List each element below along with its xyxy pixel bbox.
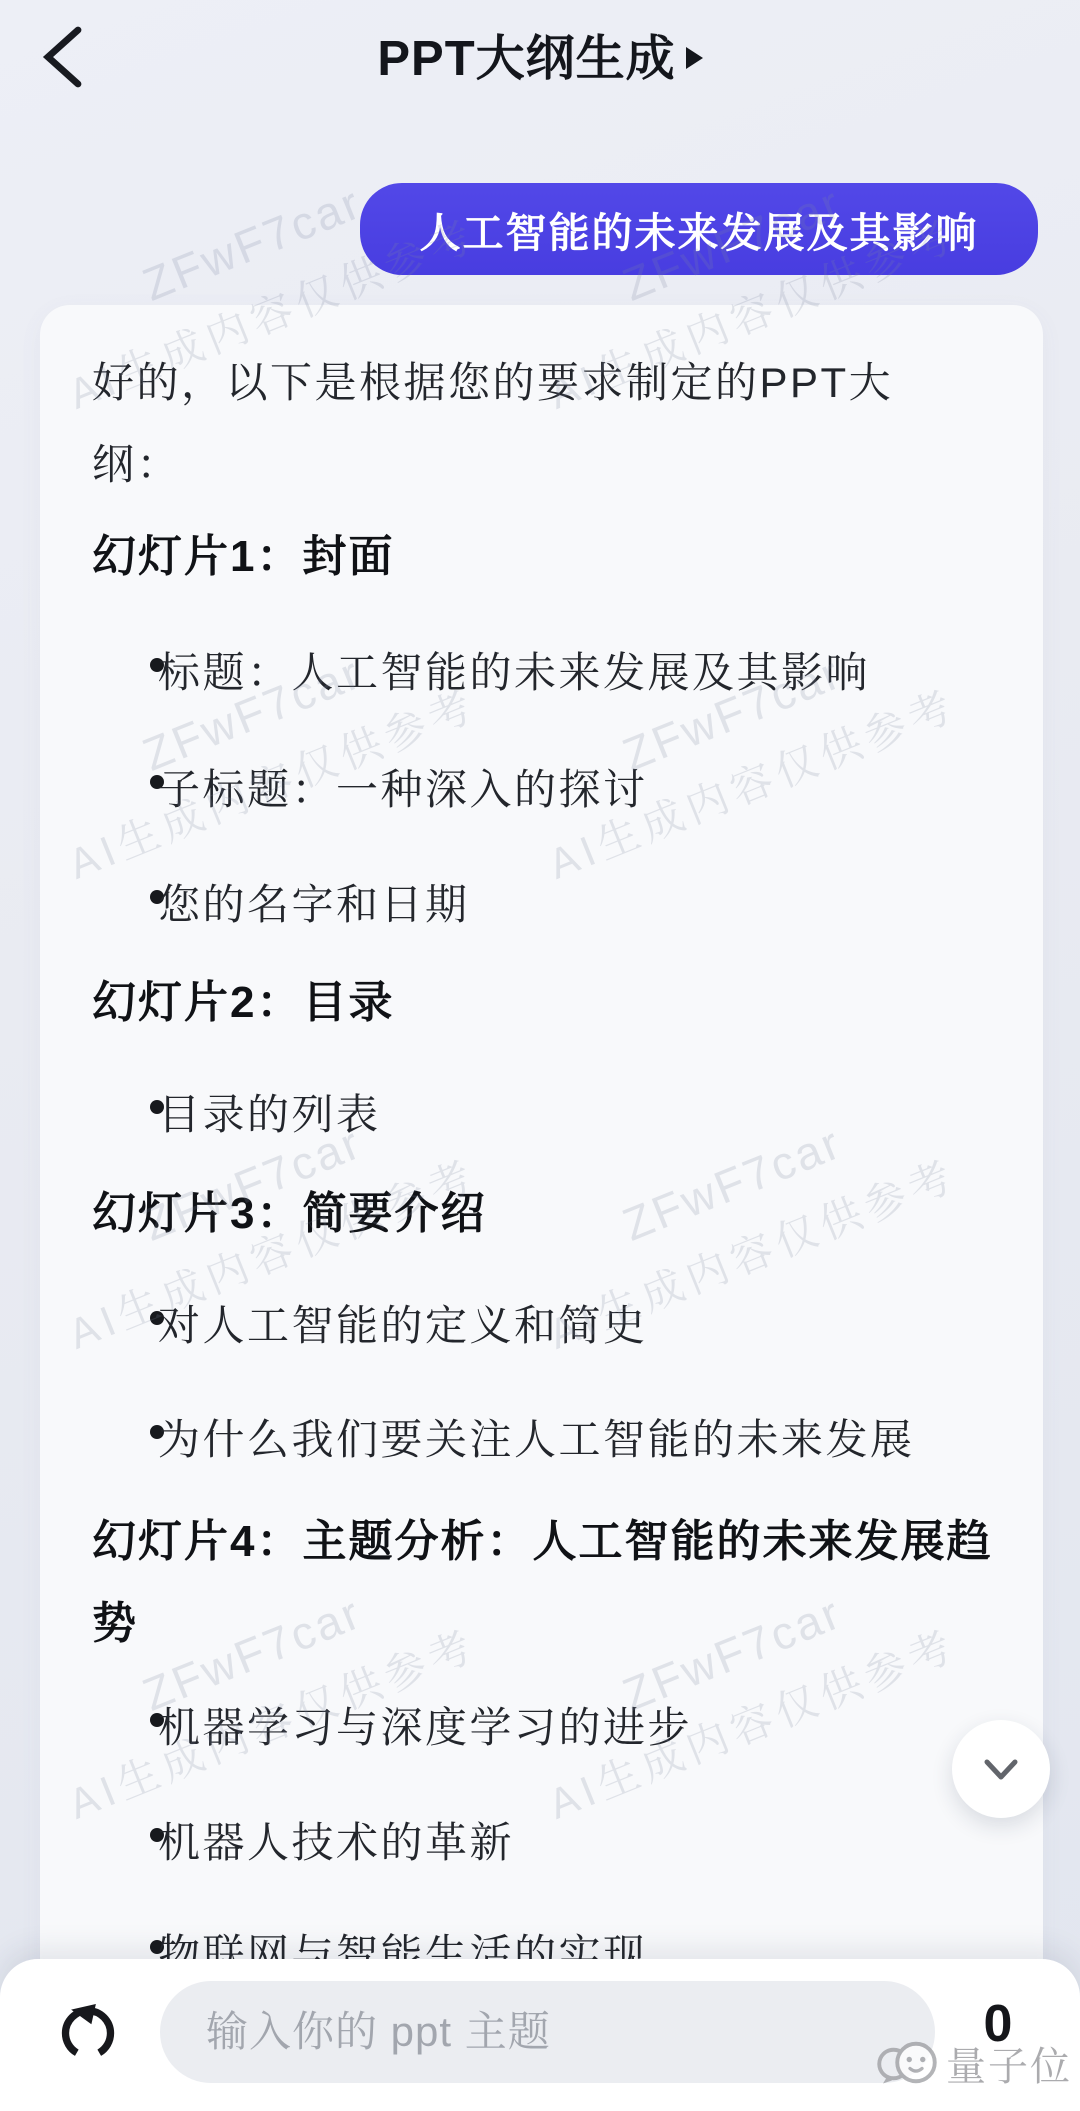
outline-heading: 幻灯片3：简要介绍 [92,1177,1002,1237]
outline-bullet-item: 对人工智能的定义和简史 [40,1293,1000,1353]
topic-input-pill [160,1981,935,2083]
chevron-down-icon [974,1742,1028,1796]
scroll-to-bottom-button[interactable] [952,1720,1050,1818]
ppt-outline: 好的，以下是根据您的要求制定的PPT大纲：幻灯片1：封面标题：人工智能的未来发展… [40,305,1043,1995]
user-message-bubble: 人工智能的未来发展及其影响 [360,183,1038,275]
app-screen: PPT大纲生成 人工智能的未来发展及其影响 好的，以下是根据您的要求制定的PPT… [0,0,1080,2111]
outline-heading: 幻灯片2：目录 [92,966,1002,1026]
outline-bullet-item: 机器人技术的革新 [40,1810,1000,1870]
title-dropdown[interactable]: PPT大纲生成 [0,18,1080,92]
outline-heading: 势 [92,1587,1002,1647]
title-caret-icon [686,47,703,69]
outline-bullet-item: 为什么我们要关注人工智能的未来发展 [40,1407,1000,1467]
outline-bullet-text: 对人工智能的定义和简史 [158,1293,648,1353]
outline-bullet-text: 标题：人工智能的未来发展及其影响 [158,640,870,700]
outline-bullet-text: 目录的列表 [158,1082,381,1142]
header: PPT大纲生成 [0,0,1080,100]
outline-bullet-item: 目录的列表 [40,1082,1000,1142]
page-title: PPT大纲生成 [377,20,675,90]
bottom-input-bar: 0 量子位 [0,1959,1080,2111]
refresh-icon [52,1995,124,2067]
outline-bullet-item: 子标题：一种深入的探讨 [40,757,1000,817]
outline-bullet-text: 您的名字和日期 [158,872,470,932]
outline-bullet-text: 机器学习与深度学习的进步 [158,1695,692,1755]
outline-paragraph-line: 好的，以下是根据您的要求制定的PPT大 [92,350,1002,410]
outline-bullet-text: 机器人技术的革新 [158,1810,514,1870]
outline-heading: 幻灯片1：封面 [92,520,1002,580]
outline-bullet-text: 为什么我们要关注人工智能的未来发展 [158,1407,915,1467]
regenerate-button[interactable] [52,1995,124,2067]
brand-name: 量子位 [946,2035,1072,2092]
brand-logo-icon [874,2037,940,2091]
outline-bullet-item: 机器学习与深度学习的进步 [40,1695,1000,1755]
outline-heading: 幻灯片4：主题分析：人工智能的未来发展趋 [92,1505,1002,1565]
user-message-text: 人工智能的未来发展及其影响 [420,200,979,259]
topic-input[interactable] [204,2007,891,2057]
outline-bullet-item: 标题：人工智能的未来发展及其影响 [40,640,1000,700]
outline-bullet-text: 子标题：一种深入的探讨 [158,757,648,817]
outline-paragraph-line: 纲： [92,432,1002,492]
brand-watermark: 量子位 [874,2035,1072,2092]
assistant-message-card: 好的，以下是根据您的要求制定的PPT大纲：幻灯片1：封面标题：人工智能的未来发展… [40,305,1043,1995]
outline-bullet-item: 您的名字和日期 [40,872,1000,932]
